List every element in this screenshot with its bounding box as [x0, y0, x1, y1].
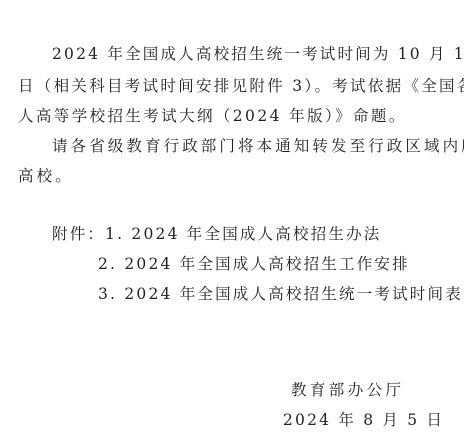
attachment-item-3: 3. 2024 年全国成人高校招生统一考试时间表	[98, 284, 463, 304]
issue-date: 2024 年 8 月 5 日	[283, 410, 444, 430]
attachments-label: 附件：	[52, 225, 105, 243]
text-line: 请各省级教育行政部门将本通知转发至行政区域内所有成人	[52, 136, 464, 156]
attachment-item-1: 附件：1. 2024 年全国成人高校招生办法	[52, 224, 382, 244]
issuer-name: 教育部办公厅	[291, 380, 404, 400]
text-line: 2024 年全国成人高校招生统一考试时间为 10 月 19 日、20	[52, 44, 464, 64]
text-line: 高校。	[18, 166, 74, 186]
text-line: 日（相关科目考试时间安排见附件 3）。考试依据《全国各类成	[18, 76, 464, 96]
attachment-title: 1. 2024 年全国成人高校招生办法	[105, 225, 381, 243]
attachment-item-2: 2. 2024 年全国成人高校招生工作安排	[98, 254, 410, 274]
text-line: 人高等学校招生考试大纲（2024 年版）》命题。	[18, 106, 407, 126]
